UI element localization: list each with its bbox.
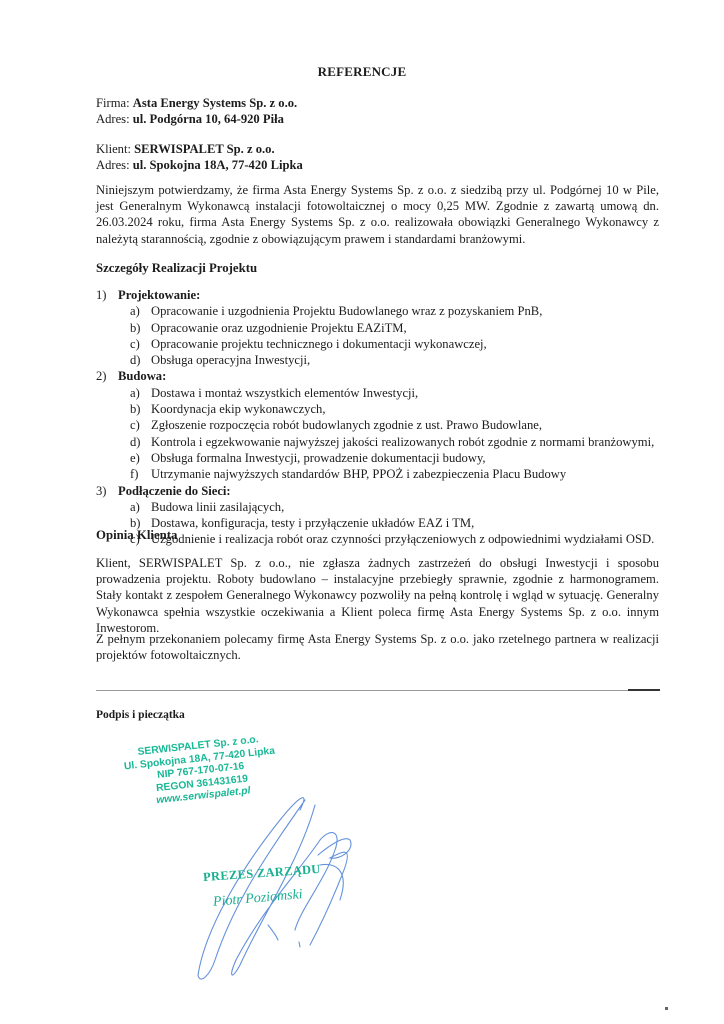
list-item: f)Utrzymanie najwyższych standardów BHP,… <box>96 466 696 482</box>
list-item-text: Obsługa operacyjna Inwestycji, <box>151 353 310 367</box>
opinion-heading: Opinia Klienta <box>96 528 177 543</box>
list-item-letter: a) <box>130 303 140 319</box>
scan-speck <box>665 1007 668 1010</box>
list-item-letter: b) <box>130 401 141 417</box>
list-item: c)Zgłoszenie rozpoczęcia robót budowlany… <box>96 417 696 433</box>
list-item: a)Dostawa i montaż wszystkich elementów … <box>96 385 696 401</box>
list-item: e)Obsługa formalna Inwestycji, prowadzen… <box>96 450 696 466</box>
list-item-text: Opracowanie oraz uzgodnienie Projektu EA… <box>151 321 407 335</box>
client-address: ul. Spokojna 18A, 77-420 Lipka <box>133 158 303 172</box>
list-item: b)Koordynacja ekip wykonawczych, <box>96 401 696 417</box>
list-item-letter: d) <box>130 352 141 368</box>
section-heading: 1)Projektowanie: <box>96 287 696 303</box>
client-address-label: Adres: <box>96 158 130 172</box>
company-stamp: SERWISPALET Sp. z o.o. Ul. Spokojna 18A,… <box>118 732 284 811</box>
section-number: 1) <box>96 287 107 303</box>
document-title: REFERENCJE <box>0 64 724 80</box>
section-title: Budowa: <box>118 369 166 383</box>
client-name-line: Klient: SERWISPALET Sp. z o.o. <box>96 141 275 157</box>
list-item-text: Utrzymanie najwyższych standardów BHP, P… <box>151 467 566 481</box>
list-item: a)Opracowanie i uzgodnienia Projektu Bud… <box>96 303 696 319</box>
company-name: Asta Energy Systems Sp. z o.o. <box>133 96 297 110</box>
company-address-line: Adres: ul. Podgórna 10, 64-920 Piła <box>96 111 284 127</box>
list-item: c)Uzgodnienie i realizacja robót oraz cz… <box>96 531 696 547</box>
opinion-paragraph: Klient, SERWISPALET Sp. z o.o., nie zgła… <box>96 555 659 636</box>
list-item-text: Zgłoszenie rozpoczęcia robót budowlanych… <box>151 418 542 432</box>
company-name-line: Firma: Asta Energy Systems Sp. z o.o. <box>96 95 297 111</box>
list-item-letter: a) <box>130 499 140 515</box>
list-item-text: Koordynacja ekip wykonawczych, <box>151 402 326 416</box>
list-item-letter: c) <box>130 336 140 352</box>
list-item-text: Opracowanie projektu technicznego i doku… <box>151 337 487 351</box>
list-item-letter: d) <box>130 434 141 450</box>
section-number: 3) <box>96 483 107 499</box>
divider-line <box>96 690 659 691</box>
list-item-text: Dostawa i montaż wszystkich elementów In… <box>151 386 418 400</box>
list-item: d)Obsługa operacyjna Inwestycji, <box>96 352 696 368</box>
section-title: Podłączenie do Sieci: <box>118 484 231 498</box>
company-address-label: Adres: <box>96 112 130 126</box>
section-number: 2) <box>96 368 107 384</box>
list-item: c)Opracowanie projektu technicznego i do… <box>96 336 696 352</box>
list-item-text: Budowa linii zasilających, <box>151 500 284 514</box>
list-item-letter: f) <box>130 466 138 482</box>
signature-label: Podpis i pieczątka <box>96 709 185 721</box>
company-label: Firma: <box>96 96 130 110</box>
signatory-name: Piotr Poziomski <box>212 887 303 911</box>
list-item-letter: b) <box>130 320 141 336</box>
list-item-text: Opracowanie i uzgodnienia Projektu Budow… <box>151 304 542 318</box>
client-label: Klient: <box>96 142 131 156</box>
list-item: b)Opracowanie oraz uzgodnienie Projektu … <box>96 320 696 336</box>
list-item-text: Uzgodnienie i realizacja robót oraz czyn… <box>151 532 654 546</box>
client-address-line: Adres: ul. Spokojna 18A, 77-420 Lipka <box>96 157 303 173</box>
list-item-letter: a) <box>130 385 140 401</box>
list-item-letter: e) <box>130 450 140 466</box>
list-item-text: Kontrola i egzekwowanie najwyższej jakoś… <box>151 435 654 449</box>
section-heading: 3)Podłączenie do Sieci: <box>96 483 696 499</box>
list-item: d)Kontrola i egzekwowanie najwyższej jak… <box>96 434 696 450</box>
signatory-role: PREZES ZARZĄDU <box>203 862 322 885</box>
details-heading: Szczegóły Realizacji Projektu <box>96 261 257 276</box>
closing-paragraph: Z pełnym przekonaniem polecamy firmę Ast… <box>96 631 659 663</box>
list-item-text: Obsługa formalna Inwestycji, prowadzenie… <box>151 451 486 465</box>
client-name: SERWISPALET Sp. z o.o. <box>134 142 274 156</box>
section-title: Projektowanie: <box>118 288 200 302</box>
project-details-list: 1)Projektowanie:a)Opracowanie i uzgodnie… <box>96 287 696 548</box>
divider-line-end <box>628 689 660 691</box>
intro-paragraph: Niniejszym potwierdzamy, że firma Asta E… <box>96 182 659 247</box>
list-item: b)Dostawa, konfiguracja, testy i przyłąc… <box>96 515 696 531</box>
company-address: ul. Podgórna 10, 64-920 Piła <box>133 112 284 126</box>
list-item-text: Dostawa, konfiguracja, testy i przyłącze… <box>151 516 474 530</box>
list-item: a)Budowa linii zasilających, <box>96 499 696 515</box>
list-item-letter: c) <box>130 417 140 433</box>
section-heading: 2)Budowa: <box>96 368 696 384</box>
